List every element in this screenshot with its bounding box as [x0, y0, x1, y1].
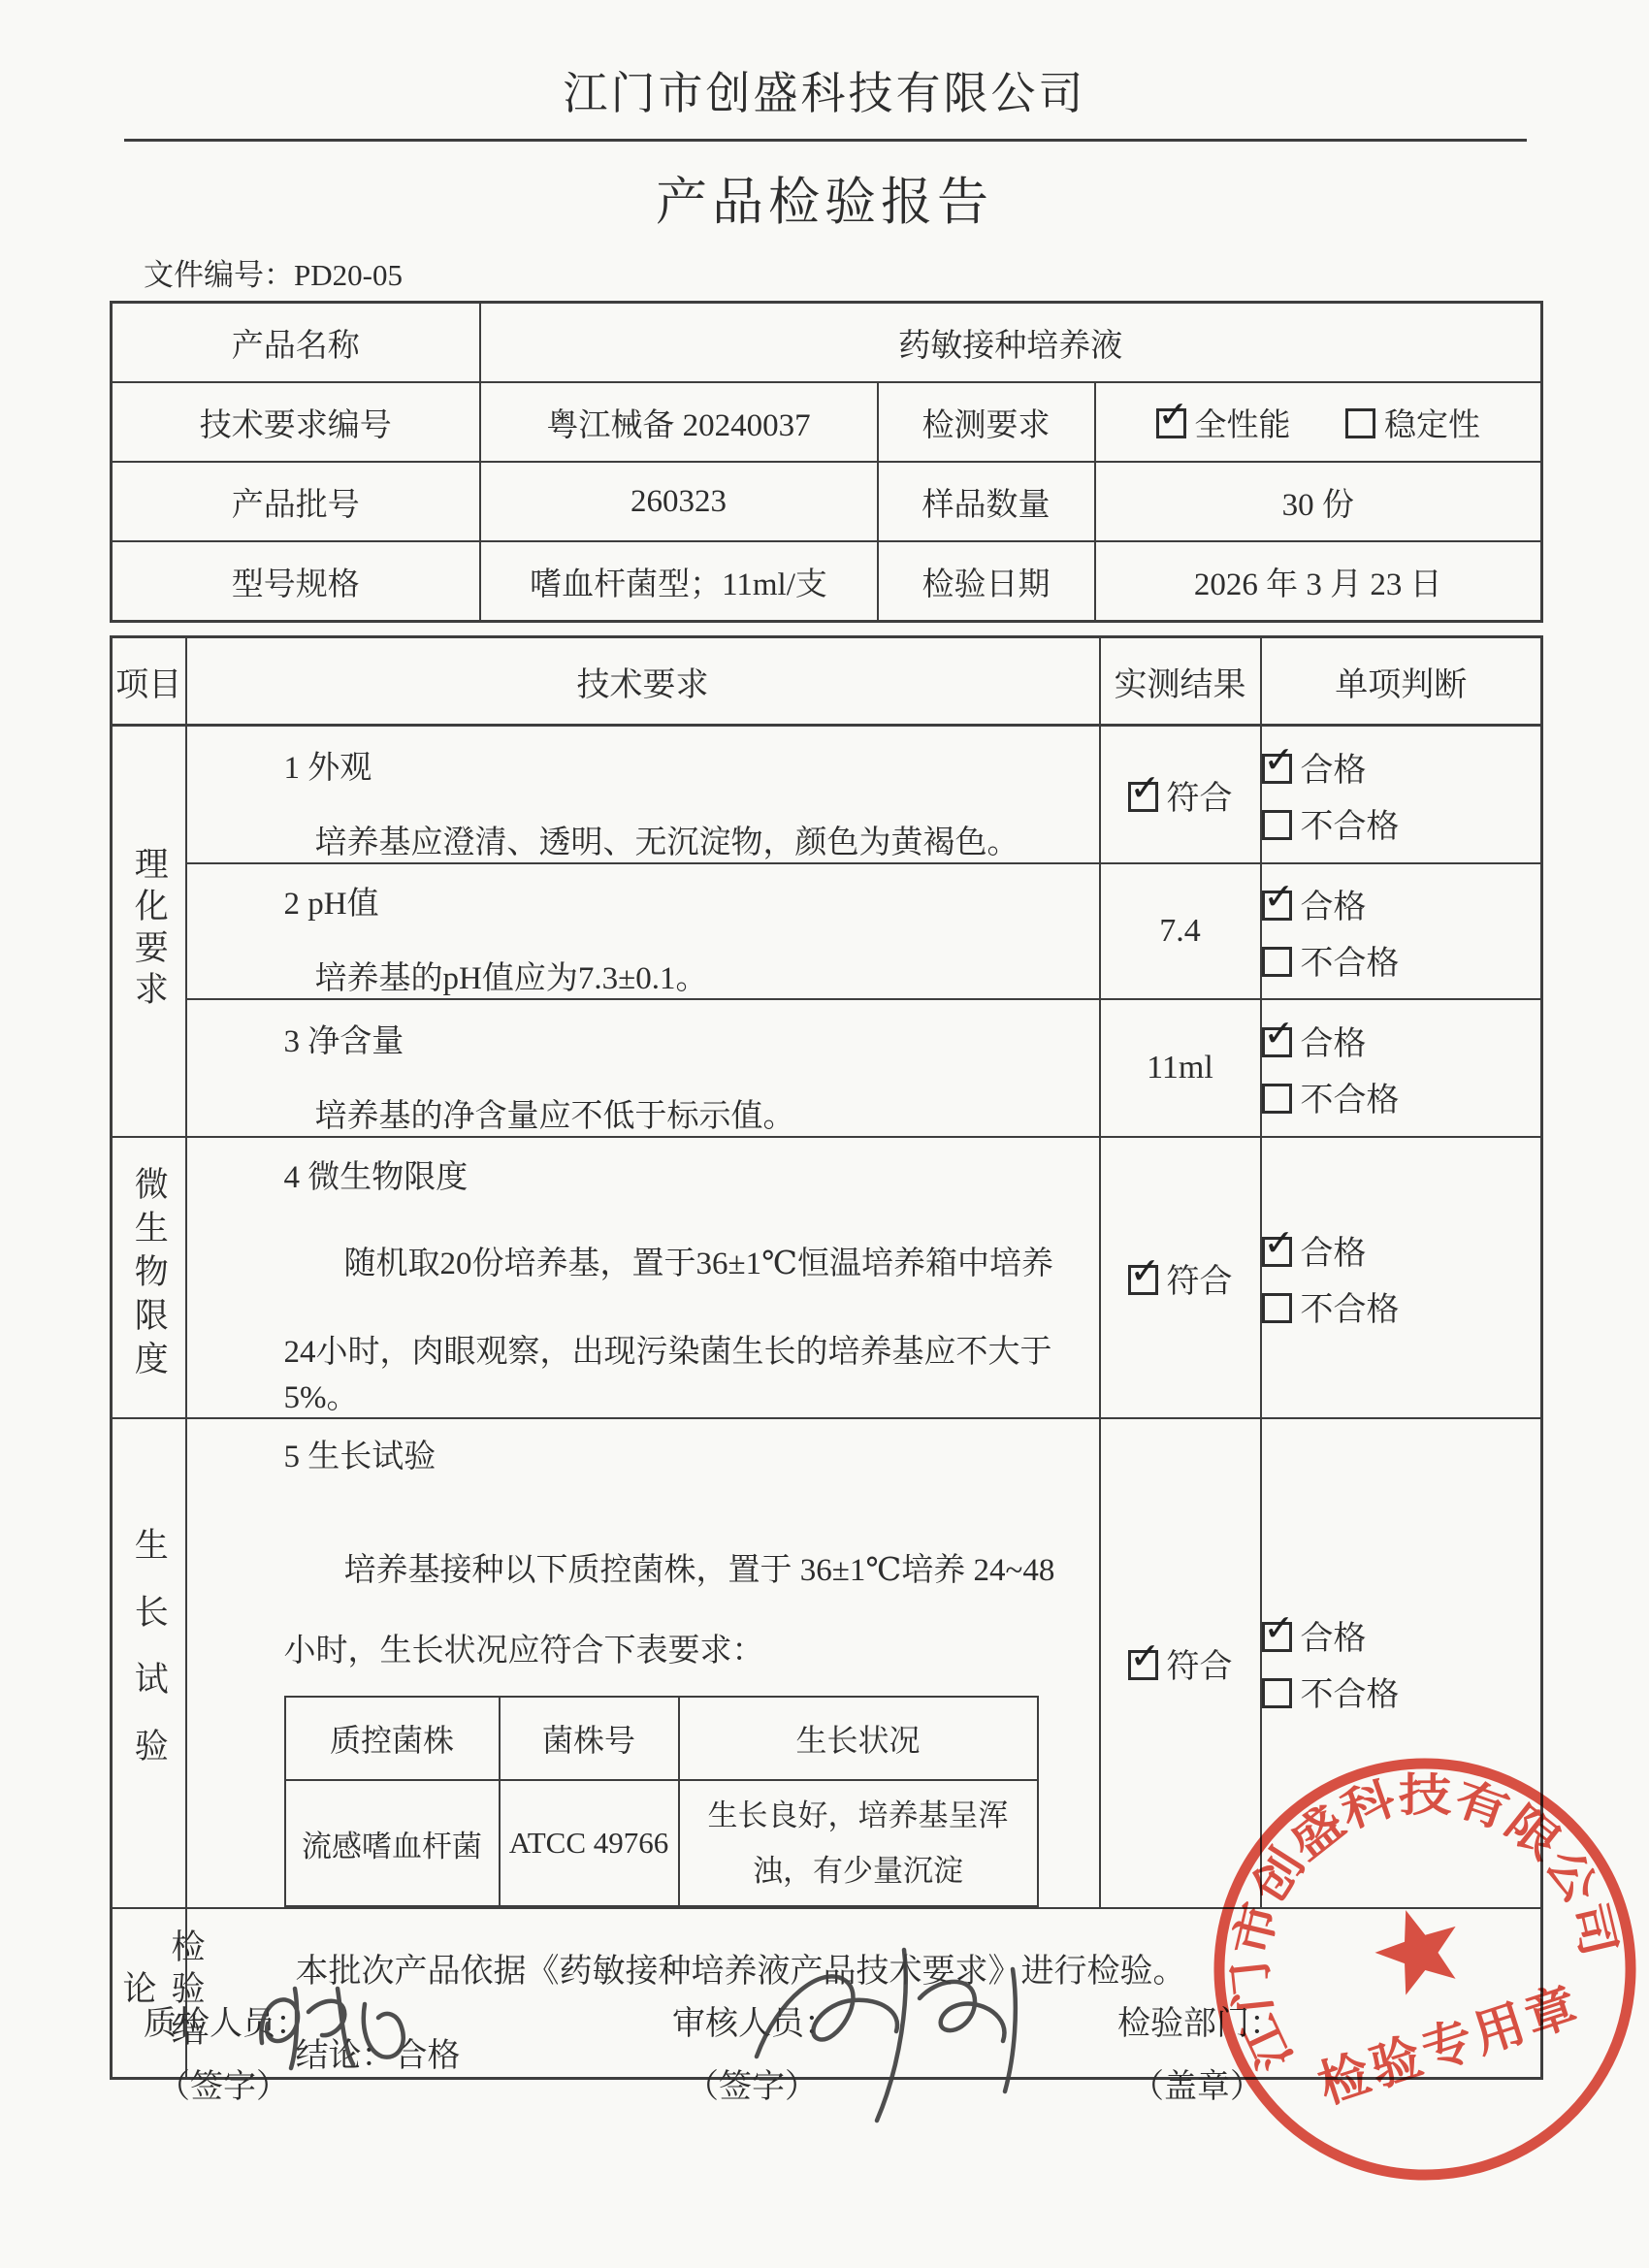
inspect-date-value: 2026 年 3 月 23 日	[1095, 541, 1542, 622]
req-title: 1 外观	[284, 742, 1099, 788]
req-growth-test: 5 生长试验 培养基接种以下质控菌株，置于 36±1℃培养 24~48 小时，生…	[186, 1418, 1100, 1908]
col-judge: 单项判断	[1261, 637, 1542, 726]
product-name-label: 产品名称	[112, 303, 480, 383]
req-line: 培养基应澄清、透明、无沉淀物，颜色为黄褐色。	[315, 817, 1099, 862]
checkbox-checked-icon: ✓	[1262, 1237, 1292, 1267]
req-ph: 2 pH值 培养基的pH值应为7.3±0.1。	[186, 863, 1100, 999]
growth-strain-table: 质控菌株 菌株号 生长状况 流感嗜血杆菌 ATCC 49766 生长良好，培养基…	[284, 1696, 1039, 1907]
req-line: 24小时，肉眼观察，出现污染菌生长的培养基应不大于5%。	[284, 1326, 1099, 1417]
group-micro: 微生物限度	[112, 1137, 186, 1418]
table-row: 3 净含量 培养基的净含量应不低于标示值。 11ml ✓合格 不合格	[112, 999, 1542, 1137]
batch-no-value: 260323	[480, 462, 878, 541]
judge-pass-label: 合格	[1301, 890, 1367, 925]
inspect-date-label: 检验日期	[878, 541, 1095, 622]
judge-fail-label: 不合格	[1301, 946, 1400, 982]
req-line: 培养基的净含量应不低于标示值。	[315, 1090, 1099, 1136]
batch-no-label: 产品批号	[112, 462, 480, 541]
judge-cell: ✓合格 不合格	[1261, 999, 1542, 1137]
col-strain-no: 菌株号	[500, 1697, 679, 1780]
strain-no: ATCC 49766	[500, 1780, 679, 1906]
seal-star-icon	[1366, 1897, 1471, 2000]
col-strain: 质控菌株	[285, 1697, 500, 1780]
col-item: 项目	[112, 637, 186, 726]
page-title: 产品检验报告	[0, 161, 1649, 235]
result-text: 符合	[1167, 1264, 1233, 1300]
table-row: 技术要求编号 粤江械备 20240037 检测要求 ✓全性能 稳定性	[112, 382, 1542, 462]
checkbox-unchecked-icon	[1262, 810, 1292, 840]
req-line: 培养基的pH值应为7.3±0.1。	[315, 953, 1099, 998]
judge-fail-label: 不合格	[1301, 1083, 1400, 1118]
tech-req-no-value: 粤江械备 20240037	[480, 382, 878, 462]
strain-name: 流感嗜血杆菌	[285, 1780, 500, 1906]
judge-cell: ✓合格 不合格	[1261, 863, 1542, 999]
req-title: 5 生长试验	[284, 1431, 1099, 1476]
header-rule	[124, 139, 1527, 142]
check-icon: ✓	[1130, 1638, 1161, 1675]
check-icon: ✓	[1130, 770, 1161, 807]
checkbox-checked-icon: ✓	[1156, 408, 1186, 438]
checkbox-checked-icon: ✓	[1128, 1265, 1158, 1295]
col-result: 实测结果	[1100, 637, 1261, 726]
req-title: 2 pH值	[284, 878, 1099, 923]
table-header-row: 项目 技术要求 实测结果 单项判断	[112, 637, 1542, 726]
check-icon: ✓	[1264, 1610, 1295, 1647]
doc-number: 文件编号：PD20-05	[144, 250, 403, 294]
product-info-table: 产品名称 药敏接种培养液 技术要求编号 粤江械备 20240037 检测要求 ✓…	[110, 301, 1543, 623]
table-row: 2 pH值 培养基的pH值应为7.3±0.1。 7.4 ✓合格 不合格	[112, 863, 1542, 999]
judge-fail-label: 不合格	[1301, 809, 1400, 845]
checkbox-checked-icon: ✓	[1128, 1650, 1158, 1680]
seal-purpose-text: 检验专用章	[1312, 1977, 1588, 2115]
judge-pass-label: 合格	[1301, 1236, 1367, 1272]
tech-req-no-label: 技术要求编号	[112, 382, 480, 462]
req-micro-limit: 4 微生物限度 随机取20份培养基，置于36±1℃恒温培养箱中培养 24小时，肉…	[186, 1137, 1100, 1418]
table-row: 微生物限度 4 微生物限度 随机取20份培养基，置于36±1℃恒温培养箱中培养 …	[112, 1137, 1542, 1418]
reviewer-signature	[729, 1930, 1040, 2139]
col-requirement: 技术要求	[186, 637, 1100, 726]
checkbox-unchecked-icon	[1262, 947, 1292, 977]
option-stability: 稳定性	[1384, 408, 1480, 443]
table-row: 产品批号 260323 样品数量 30 份	[112, 462, 1542, 541]
judge-pass-label: 合格	[1301, 1026, 1367, 1062]
growth-status: 生长良好，培养基呈浑浊，有少量沉淀	[679, 1780, 1038, 1906]
checkbox-unchecked-icon	[1345, 408, 1375, 438]
req-line: 随机取20份培养基，置于36±1℃恒温培养箱中培养	[344, 1238, 1099, 1283]
table-row: 理化要求 1 外观 培养基应澄清、透明、无沉淀物，颜色为黄褐色。 ✓符合 ✓合格…	[112, 726, 1542, 864]
product-name-value: 药敏接种培养液	[480, 303, 1542, 383]
group-growth: 生长试验	[112, 1418, 186, 1908]
model-spec-label: 型号规格	[112, 541, 480, 622]
req-net-content: 3 净含量 培养基的净含量应不低于标示值。	[186, 999, 1100, 1137]
sample-qty-value: 30 份	[1095, 462, 1542, 541]
group-physchem: 理化要求	[112, 726, 186, 1138]
check-icon: ✓	[1264, 1016, 1295, 1053]
table-row: 流感嗜血杆菌 ATCC 49766 生长良好，培养基呈浑浊，有少量沉淀	[285, 1780, 1038, 1906]
req-appearance: 1 外观 培养基应澄清、透明、无沉淀物，颜色为黄褐色。	[186, 726, 1100, 864]
model-spec-value: 嗜血杆菌型；11ml/支	[480, 541, 878, 622]
req-title: 3 净含量	[284, 1016, 1099, 1061]
checkbox-checked-icon: ✓	[1262, 1027, 1292, 1057]
result-cell: 7.4	[1100, 863, 1261, 999]
req-line: 培养基接种以下质控菌株，置于 36±1℃培养 24~48	[344, 1544, 1099, 1590]
result-cell: ✓符合	[1100, 1137, 1261, 1418]
report-page: 江门市创盛科技有限公司 产品检验报告 文件编号：PD20-05 产品名称 药敏接…	[0, 0, 1649, 2268]
qc-signature	[244, 1967, 453, 2098]
result-cell: ✓符合	[1100, 726, 1261, 864]
checkbox-unchecked-icon	[1262, 1293, 1292, 1323]
checkbox-checked-icon: ✓	[1262, 1622, 1292, 1652]
check-icon: ✓	[1158, 397, 1189, 434]
checkbox-checked-icon: ✓	[1128, 782, 1158, 812]
result-text: 符合	[1167, 1649, 1233, 1685]
check-icon: ✓	[1264, 1225, 1295, 1262]
check-icon: ✓	[1130, 1253, 1161, 1290]
table-row: 型号规格 嗜血杆菌型；11ml/支 检验日期 2026 年 3 月 23 日	[112, 541, 1542, 622]
checkbox-checked-icon: ✓	[1262, 754, 1292, 784]
company-header: 江门市创盛科技有限公司	[0, 58, 1649, 122]
judge-pass-label: 合格	[1301, 1621, 1367, 1657]
check-icon: ✓	[1264, 879, 1295, 916]
judge-cell: ✓合格 不合格	[1261, 1137, 1542, 1418]
judge-fail-label: 不合格	[1301, 1677, 1400, 1713]
judge-cell: ✓合格 不合格	[1261, 726, 1542, 864]
sample-qty-label: 样品数量	[878, 462, 1095, 541]
result-text: 符合	[1167, 781, 1233, 817]
check-icon: ✓	[1264, 742, 1295, 779]
test-req-options: ✓全性能 稳定性	[1095, 382, 1542, 462]
col-growth-status: 生长状况	[679, 1697, 1038, 1780]
judge-pass-label: 合格	[1301, 753, 1367, 789]
test-req-label: 检测要求	[878, 382, 1095, 462]
checkbox-unchecked-icon	[1262, 1678, 1292, 1708]
checkbox-checked-icon: ✓	[1262, 891, 1292, 921]
judge-fail-label: 不合格	[1301, 1292, 1400, 1328]
option-full-performance: 全性能	[1195, 408, 1291, 443]
table-row: 产品名称 药敏接种培养液	[112, 303, 1542, 383]
checkbox-unchecked-icon	[1262, 1084, 1292, 1114]
req-line: 小时，生长状况应符合下表要求：	[284, 1625, 1099, 1670]
req-title: 4 微生物限度	[284, 1151, 1099, 1197]
result-cell: 11ml	[1100, 999, 1261, 1137]
table-header-row: 质控菌株 菌株号 生长状况	[285, 1697, 1038, 1780]
